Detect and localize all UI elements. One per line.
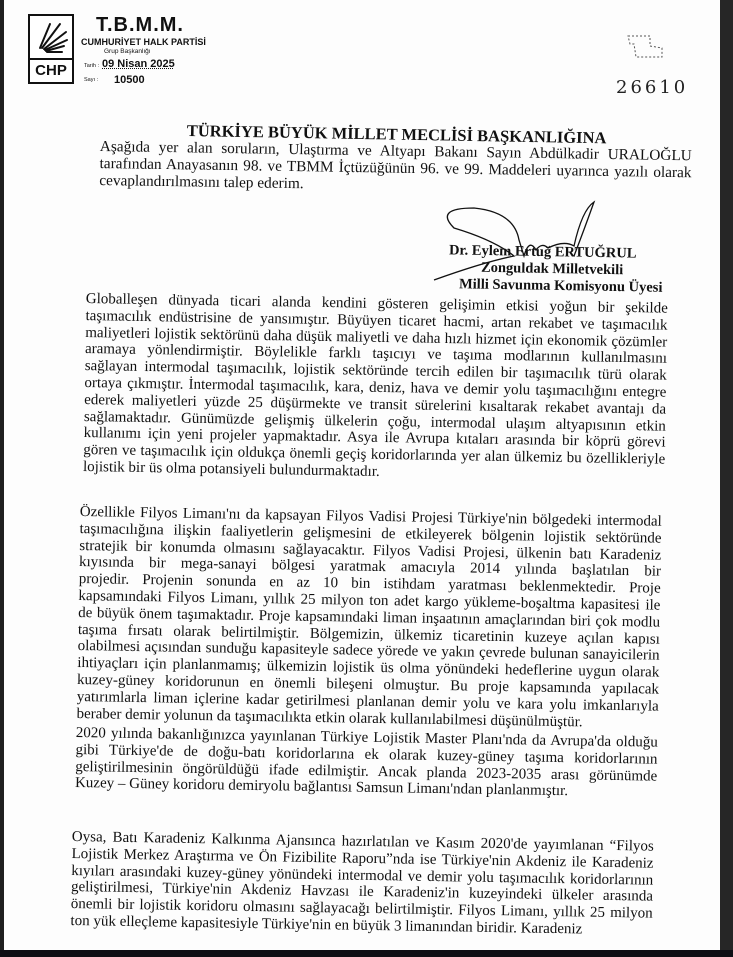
sun-rays-icon	[30, 16, 72, 60]
body-paragraph-3: 2020 yılında bakanlığınızca yayınlanan T…	[75, 725, 658, 802]
number-label: Sayı :	[84, 77, 98, 83]
logo-text: CHP	[30, 60, 72, 82]
institution-name: T.B.M.M.	[96, 14, 184, 37]
document-page: CHP T.B.M.M. CUMHURİYET HALK PARTİSİ Gru…	[4, 0, 720, 950]
date-label: Tarih :	[84, 63, 99, 69]
signatory-committee: Milli Savunma Komisyonu Üyesi	[459, 276, 663, 297]
body-paragraph-2: Özellikle Filyos Limanı'nı da kapsayan F…	[76, 504, 662, 732]
date-value: 09 Nisan 2025	[102, 58, 175, 70]
party-name: CUMHURİYET HALK PARTİSİ	[81, 37, 206, 47]
registry-stamp-icon	[626, 34, 664, 58]
body-paragraph-4: Oysa, Batı Karadeniz Kalkınma Ajansınca …	[70, 829, 654, 939]
viewer-right-edge	[720, 0, 733, 957]
signatory-name: Dr. Eylem Ertuğ ERTUĞRUL	[449, 242, 637, 262]
chp-logo: CHP	[28, 14, 74, 84]
body-paragraph-1: Globalleşen dünyada ticari alanda kendin…	[83, 291, 668, 485]
document-number: 26610	[616, 77, 688, 98]
viewer-bottom-edge	[0, 950, 733, 957]
number-value: 10500	[114, 74, 145, 86]
signature-block: Dr. Eylem Ertuğ ERTUĞRUL Zonguldak Mille…	[424, 200, 709, 310]
intro-paragraph: Aşağıda yer alan soruların, Ulaştırma ve…	[99, 138, 692, 198]
group-name: Grup Başkanlığı	[104, 48, 151, 55]
